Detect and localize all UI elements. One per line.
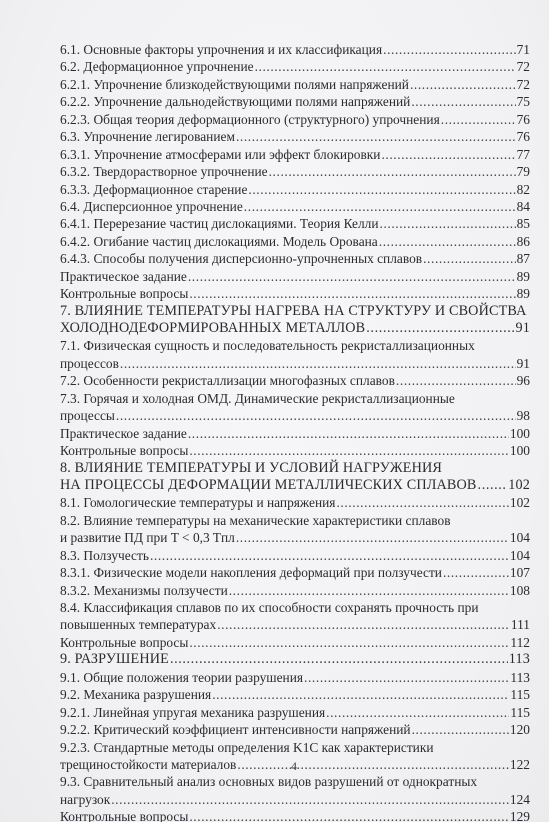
dot-leader: [248, 181, 515, 198]
toc-entry-title: 6.4.1. Перерезание частиц дислокациями. …: [60, 215, 379, 232]
dot-leader: [380, 215, 516, 232]
toc-entry: 6.3. Упрочнение легированием76: [60, 128, 530, 145]
toc-entry-title: Практическое задание: [60, 268, 187, 285]
toc-entry-title: 8.3.1. Физические модели накопления дефо…: [60, 564, 442, 581]
toc-entry-title: и развитие ПД при T < 0,3 Tпл: [60, 529, 235, 546]
toc-entry-page: 115: [510, 704, 530, 721]
toc-entry: 9.2.2. Критический коэффициент интенсивн…: [60, 721, 530, 738]
toc-entry-title: 8.1. Гомологические температуры и напряж…: [60, 494, 335, 511]
toc-entry-page: 124: [510, 791, 530, 808]
dot-leader: [237, 756, 509, 773]
toc-entry-title: ХОЛОДНОДЕФОРМИРОВАННЫХ МЕТАЛЛОВ: [60, 320, 365, 337]
dot-leader: [244, 198, 516, 215]
toc-entry-page: 91: [516, 320, 531, 337]
toc-entry: 9.1. Общие положения теории разрушения11…: [60, 669, 530, 686]
toc-entry-title: 6.4. Дисперсионное упрочнение: [60, 198, 243, 215]
toc-entry-page: 72: [517, 58, 530, 75]
toc-entry-page: 115: [510, 686, 530, 703]
toc-entry: 6.1. Основные факторы упрочнения и их кл…: [60, 41, 530, 58]
toc-entry-title: 9. РАЗРУШЕНИЕ: [60, 651, 169, 668]
toc-entry-title: Практическое задание: [60, 425, 187, 442]
toc-entry-title: 9.3. Сравнительный анализ основных видов…: [60, 773, 477, 790]
toc-entry: процессы98: [60, 407, 530, 424]
toc-entry-title: 6.2.2. Упрочнение дальнодействующими пол…: [60, 93, 410, 110]
toc-entry-title: 8.4. Классификация сплавов по их способн…: [60, 599, 479, 616]
toc-entry: 8.3.1. Физические модели накопления дефо…: [60, 564, 530, 581]
toc-entry: 6.3.2. Твердорастворное упрочнение79: [60, 163, 530, 180]
toc-entry-page: 122: [510, 756, 530, 773]
toc-entry-page: 107: [510, 564, 530, 581]
toc-entry: процессов91: [60, 355, 530, 372]
page-number: 4: [291, 759, 297, 774]
toc-entry-page: 104: [510, 529, 530, 546]
toc-entry-page: 96: [517, 372, 530, 389]
toc-entry: 6.4.2. Огибание частиц дислокациями. Мод…: [60, 233, 530, 250]
dot-leader: [217, 616, 510, 633]
toc-entry-page: 120: [510, 721, 530, 738]
toc-entry-title: повышенных температурах: [60, 616, 216, 633]
toc-entry-title: 9.1. Общие положения теории разрушения: [60, 669, 303, 686]
toc-entry-title: 8.3. Ползучесть: [60, 547, 149, 564]
toc-entry: 9. РАЗРУШЕНИЕ113: [60, 651, 530, 668]
dot-leader: [116, 407, 516, 424]
dot-leader: [379, 233, 516, 250]
toc-entry: 6.2.2. Упрочнение дальнодействующими пол…: [60, 93, 530, 110]
dot-leader: [478, 477, 508, 494]
dot-leader: [236, 128, 516, 145]
toc-entry-title: 9.2. Механика разрушения: [60, 686, 211, 703]
dot-leader: [229, 582, 509, 599]
toc-entry-title: 9.2.2. Критический коэффициент интенсивн…: [60, 721, 411, 738]
toc-entry: 9.2.3. Стандартные методы определения K1…: [60, 739, 530, 756]
toc-entry-title: 7. ВЛИЯНИЕ ТЕМПЕРАТУРЫ НАГРЕВА НА СТРУКТ…: [60, 303, 527, 320]
dot-leader: [120, 355, 516, 372]
toc-entry: 6.4. Дисперсионное упрочнение84: [60, 198, 530, 215]
dot-leader: [383, 41, 515, 58]
toc-entry-page: 86: [517, 233, 530, 250]
dot-leader: [381, 146, 515, 163]
toc-entry-title: Контрольные вопросы: [60, 808, 188, 822]
toc-entry-title: 9.2.1. Линейная упругая механика разруше…: [60, 704, 325, 721]
toc-entry: Контрольные вопросы112: [60, 634, 530, 651]
toc-entry: 8.2. Влияние температуры на механические…: [60, 512, 530, 529]
toc-entry-title: Контрольные вопросы: [60, 634, 188, 651]
dot-leader: [111, 791, 509, 808]
dot-leader: [336, 494, 508, 511]
toc-entry-page: 82: [517, 181, 530, 198]
toc-entry-page: 79: [517, 163, 530, 180]
toc-entry-title: процессов: [60, 355, 119, 372]
toc-entry-title: НА ПРОЦЕССЫ ДЕФОРМАЦИИ МЕТАЛЛИЧЕСКИХ СПЛ…: [60, 477, 477, 494]
toc-entry-title: 9.2.3. Стандартные методы определения K1…: [60, 739, 434, 756]
toc-entry: 7.3. Горячая и холодная ОМД. Динамически…: [60, 390, 530, 407]
toc-entry: 6.4.1. Перерезание частиц дислокациями. …: [60, 215, 530, 232]
toc-entry-title: нагрузок: [60, 791, 110, 808]
dot-leader: [410, 76, 516, 93]
dot-leader: [423, 250, 516, 267]
dot-leader: [326, 704, 509, 721]
toc-entry-title: 6.1. Основные факторы упрочнения и их кл…: [60, 41, 382, 58]
toc-entry-title: Контрольные вопросы: [60, 442, 188, 459]
dot-leader: [189, 808, 509, 822]
toc-entry: 6.3.1. Упрочнение атмосферами или эффект…: [60, 146, 530, 163]
dot-leader: [412, 721, 509, 738]
toc-entry-page: 71: [517, 41, 530, 58]
dot-leader: [189, 285, 515, 302]
toc-entry: Контрольные вопросы129: [60, 808, 530, 822]
toc-entry-page: 89: [517, 285, 530, 302]
toc-entry-page: 98: [517, 407, 530, 424]
toc-entry: 6.4.3. Способы получения дисперсионно-уп…: [60, 250, 530, 267]
dot-leader: [189, 442, 509, 459]
document-page: 6.1. Основные факторы упрочнения и их кл…: [0, 0, 549, 822]
toc-entry: 8.3. Ползучесть104: [60, 547, 530, 564]
toc-entry: 8.1. Гомологические температуры и напряж…: [60, 494, 530, 511]
toc-entry: 6.2.3. Общая теория деформационного (стр…: [60, 111, 530, 128]
toc-entry-page: 72: [517, 76, 530, 93]
toc-entry-page: 87: [517, 250, 530, 267]
toc-entry-title: трещиностойкости материалов: [60, 756, 236, 773]
toc-entry-page: 100: [510, 425, 530, 442]
toc-entry: и развитие ПД при T < 0,3 Tпл104: [60, 529, 530, 546]
dot-leader: [188, 268, 516, 285]
toc-entry-page: 112: [510, 634, 530, 651]
dot-leader: [396, 372, 516, 389]
toc-entry-page: 102: [510, 494, 530, 511]
toc-entry-page: 77: [517, 146, 530, 163]
toc-entry-title: 8.3.2. Механизмы ползучести: [60, 582, 228, 599]
dot-leader: [188, 425, 509, 442]
toc-entry: 9.3. Сравнительный анализ основных видов…: [60, 773, 530, 790]
toc-entry-page: 108: [510, 582, 530, 599]
toc-entry-page: 104: [510, 547, 530, 564]
toc-entry-title: 7.1. Физическая сущность и последователь…: [60, 337, 475, 354]
toc-entry-page: 111: [511, 616, 530, 633]
toc-entry: 7. ВЛИЯНИЕ ТЕМПЕРАТУРЫ НАГРЕВА НА СТРУКТ…: [60, 303, 530, 320]
toc-entry-page: 113: [509, 651, 530, 668]
toc-entry-page: 76: [517, 128, 530, 145]
dot-leader: [236, 529, 509, 546]
toc-entry: Практическое задание89: [60, 268, 530, 285]
dot-leader: [443, 564, 509, 581]
dot-leader: [170, 651, 508, 668]
toc-entry: повышенных температурах111: [60, 616, 530, 633]
toc-entry-page: 76: [517, 111, 530, 128]
toc-entry: 6.3.3. Деформационное старение82: [60, 181, 530, 198]
toc-entry-title: процессы: [60, 407, 115, 424]
toc-entry-page: 89: [517, 268, 530, 285]
toc-entry-title: 6.3. Упрочнение легированием: [60, 128, 235, 145]
toc-entry-page: 100: [510, 442, 530, 459]
toc-entry: ХОЛОДНОДЕФОРМИРОВАННЫХ МЕТАЛЛОВ91: [60, 320, 530, 337]
toc-entry-page: 75: [517, 93, 530, 110]
dot-leader: [366, 320, 514, 337]
toc-entry: 6.2. Деформационное упрочнение72: [60, 58, 530, 75]
dot-leader: [212, 686, 509, 703]
toc-entry-title: 6.4.3. Способы получения дисперсионно-уп…: [60, 250, 422, 267]
toc-entry: 8.4. Классификация сплавов по их способн…: [60, 599, 530, 616]
table-of-contents: 6.1. Основные факторы упрочнения и их кл…: [60, 41, 530, 822]
toc-entry: 9.2.1. Линейная упругая механика разруше…: [60, 704, 530, 721]
toc-entry: Контрольные вопросы100: [60, 442, 530, 459]
toc-entry: 8. ВЛИЯНИЕ ТЕМПЕРАТУРЫ И УСЛОВИЙ НАГРУЖЕ…: [60, 460, 530, 477]
toc-entry: 9.2. Механика разрушения115: [60, 686, 530, 703]
toc-entry: нагрузок124: [60, 791, 530, 808]
toc-entry-title: 7.3. Горячая и холодная ОМД. Динамически…: [60, 390, 455, 407]
toc-entry-title: 6.3.3. Деформационное старение: [60, 181, 247, 198]
toc-entry-title: 7.2. Особенности рекристаллизации многоф…: [60, 372, 395, 389]
toc-entry-title: 6.2.3. Общая теория деформационного (стр…: [60, 111, 440, 128]
dot-leader: [255, 58, 516, 75]
toc-entry-page: 113: [510, 669, 530, 686]
toc-entry-title: Контрольные вопросы: [60, 285, 188, 302]
toc-entry-page: 84: [517, 198, 530, 215]
toc-entry-title: 8. ВЛИЯНИЕ ТЕМПЕРАТУРЫ И УСЛОВИЙ НАГРУЖЕ…: [60, 460, 442, 477]
toc-entry: НА ПРОЦЕССЫ ДЕФОРМАЦИИ МЕТАЛЛИЧЕСКИХ СПЛ…: [60, 477, 530, 494]
toc-entry-page: 102: [508, 477, 530, 494]
toc-entry-page: 85: [517, 215, 530, 232]
toc-entry: Контрольные вопросы89: [60, 285, 530, 302]
toc-entry: 7.2. Особенности рекристаллизации многоф…: [60, 372, 530, 389]
toc-entry-title: 6.2.1. Упрочнение близкодействующими пол…: [60, 76, 409, 93]
toc-entry-title: 8.2. Влияние температуры на механические…: [60, 512, 451, 529]
toc-entry-title: 6.4.2. Огибание частиц дислокациями. Мод…: [60, 233, 378, 250]
toc-entry-page: 91: [517, 355, 530, 372]
dot-leader: [304, 669, 509, 686]
dot-leader: [411, 93, 515, 110]
toc-entry: 8.3.2. Механизмы ползучести108: [60, 582, 530, 599]
dot-leader: [269, 163, 516, 180]
toc-entry: 7.1. Физическая сущность и последователь…: [60, 337, 530, 354]
toc-entry-title: 6.3.2. Твердорастворное упрочнение: [60, 163, 268, 180]
toc-entry: 6.2.1. Упрочнение близкодействующими пол…: [60, 76, 530, 93]
toc-entry-page: 129: [510, 808, 530, 822]
toc-entry: Практическое задание100: [60, 425, 530, 442]
dot-leader: [441, 111, 516, 128]
toc-entry-title: 6.3.1. Упрочнение атмосферами или эффект…: [60, 146, 380, 163]
toc-entry-title: 6.2. Деформационное упрочнение: [60, 58, 254, 75]
dot-leader: [150, 547, 509, 564]
dot-leader: [189, 634, 509, 651]
